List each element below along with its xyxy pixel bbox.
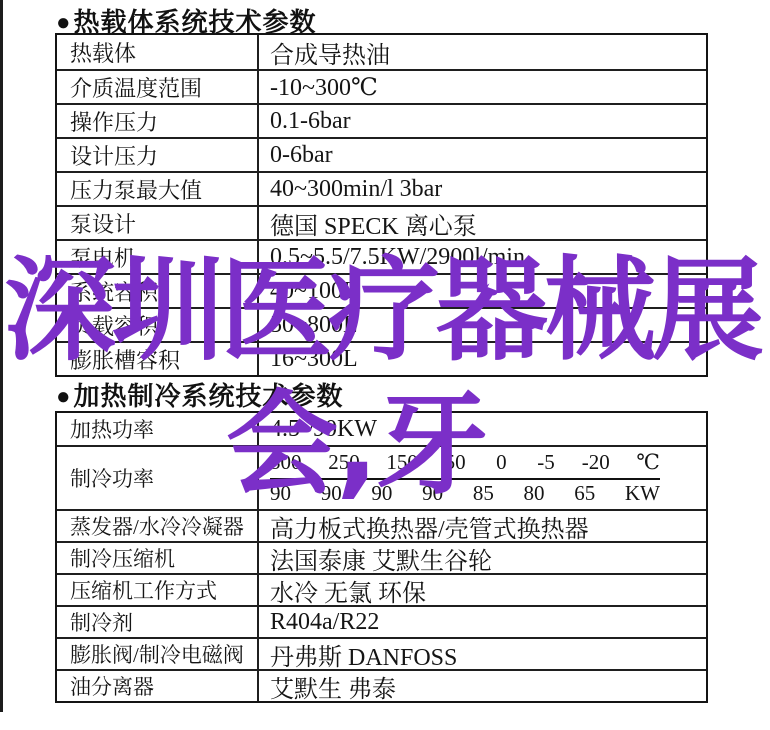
row-label: 设计压力 bbox=[57, 139, 259, 171]
scan-edge-artifact bbox=[0, 0, 3, 712]
power-value: 80 bbox=[524, 481, 545, 506]
temp-value: 300 bbox=[270, 450, 302, 475]
row-label: 泵设计 bbox=[57, 207, 259, 239]
table-row: 设计压力 0-6bar bbox=[57, 137, 706, 171]
temp-value: -5 bbox=[537, 450, 555, 475]
row-label: 油分离器 bbox=[57, 671, 259, 701]
spec-document-page: ●热载体系统技术参数 热载体 合成导热油 介质温度范围 -10~300℃ 操作压… bbox=[0, 0, 770, 730]
row-value: 0.5~5.5/7.5KW/2900l/min bbox=[259, 241, 706, 273]
row-label: 操作压力 bbox=[57, 105, 259, 137]
row-label: 泵电机 bbox=[57, 241, 259, 273]
row-value: 4.5~90KW bbox=[259, 413, 706, 445]
row-value: R404a/R22 bbox=[259, 607, 706, 637]
table-row: 系统容积 40~100L bbox=[57, 273, 706, 307]
row-label: 负载容积 bbox=[57, 309, 259, 341]
row-value: 0.1-6bar bbox=[259, 105, 706, 137]
row-value: 艾默生 弗泰 bbox=[259, 671, 706, 701]
row-value: 0-6bar bbox=[259, 139, 706, 171]
table-row: 压缩机工作方式 水冷 无氯 环保 bbox=[57, 573, 706, 605]
power-value: 90 bbox=[321, 481, 342, 506]
row-label: 制冷剂 bbox=[57, 607, 259, 637]
table-row: 泵设计 德国 SPECK 离心泵 bbox=[57, 205, 706, 239]
temp-value: 250 bbox=[328, 450, 360, 475]
row-label: 蒸发器/水冷冷凝器 bbox=[57, 511, 259, 541]
row-value: 高力板式换热器/壳管式换热器 bbox=[259, 511, 706, 541]
section-title-heat-cool: ●加热制冷系统技术参数 bbox=[56, 376, 344, 413]
row-label: 压缩机工作方式 bbox=[57, 575, 259, 605]
power-value: 90 bbox=[371, 481, 392, 506]
row-value: 40~300min/l 3bar bbox=[259, 173, 706, 205]
row-label: 热载体 bbox=[57, 35, 259, 69]
cooling-power-temperatures: 300 250 150 50 0 -5 -20 ℃ bbox=[270, 449, 660, 480]
table-row: 操作压力 0.1-6bar bbox=[57, 103, 706, 137]
table-row: 制冷压缩机 法国泰康 艾默生谷轮 bbox=[57, 541, 706, 573]
power-unit: KW bbox=[625, 481, 660, 506]
heat-carrier-spec-table: 热载体 合成导热油 介质温度范围 -10~300℃ 操作压力 0.1-6bar … bbox=[55, 33, 708, 377]
row-label: 膨胀槽容积 bbox=[57, 343, 259, 375]
table-row: 膨胀槽容积 16~300L bbox=[57, 341, 706, 375]
temp-value: 150 bbox=[386, 450, 418, 475]
row-value: 德国 SPECK 离心泵 bbox=[259, 207, 706, 239]
row-value: 丹弗斯 DANFOSS bbox=[259, 639, 706, 669]
row-value: 水冷 无氯 环保 bbox=[259, 575, 706, 605]
row-label: 压力泵最大值 bbox=[57, 173, 259, 205]
row-value: 16~300L bbox=[259, 343, 706, 375]
row-value: 40~100L bbox=[259, 275, 706, 307]
table-row: 制冷剂 R404a/R22 bbox=[57, 605, 706, 637]
table-row: 负载容积 50~800L bbox=[57, 307, 706, 341]
row-label: 制冷功率 bbox=[57, 447, 259, 509]
row-value: -10~300℃ bbox=[259, 71, 706, 103]
table-row: 蒸发器/水冷冷凝器 高力板式换热器/壳管式换热器 bbox=[57, 509, 706, 541]
temp-value: 50 bbox=[445, 450, 466, 475]
row-label: 加热功率 bbox=[57, 413, 259, 445]
row-label: 膨胀阀/制冷电磁阀 bbox=[57, 639, 259, 669]
temp-value: -20 bbox=[582, 450, 610, 475]
table-row: 压力泵最大值 40~300min/l 3bar bbox=[57, 171, 706, 205]
table-row: 油分离器 艾默生 弗泰 bbox=[57, 669, 706, 701]
row-label: 系统容积 bbox=[57, 275, 259, 307]
heat-cool-spec-table: 加热功率 4.5~90KW 制冷功率 300 250 150 50 0 -5 -… bbox=[55, 411, 708, 703]
power-value: 85 bbox=[473, 481, 494, 506]
table-row: 介质温度范围 -10~300℃ bbox=[57, 69, 706, 103]
table-row: 泵电机 0.5~5.5/7.5KW/2900l/min bbox=[57, 239, 706, 273]
row-value: 法国泰康 艾默生谷轮 bbox=[259, 543, 706, 573]
temp-unit: ℃ bbox=[636, 450, 660, 475]
section-title-text: 加热制冷系统技术参数 bbox=[74, 382, 344, 411]
cooling-power-kw-values: 90 90 90 90 85 80 65 KW bbox=[270, 480, 660, 509]
power-value: 90 bbox=[270, 481, 291, 506]
table-row: 加热功率 4.5~90KW bbox=[57, 413, 706, 445]
row-label: 介质温度范围 bbox=[57, 71, 259, 103]
row-value: 300 250 150 50 0 -5 -20 ℃ 90 90 90 90 85… bbox=[259, 447, 706, 509]
table-row: 热载体 合成导热油 bbox=[57, 35, 706, 69]
power-value: 90 bbox=[422, 481, 443, 506]
table-row-cooling-power: 制冷功率 300 250 150 50 0 -5 -20 ℃ 90 90 90 … bbox=[57, 445, 706, 509]
row-value: 合成导热油 bbox=[259, 35, 706, 69]
row-value: 50~800L bbox=[259, 309, 706, 341]
temp-value: 0 bbox=[492, 450, 510, 475]
row-label: 制冷压缩机 bbox=[57, 543, 259, 573]
power-value: 65 bbox=[574, 481, 595, 506]
table-row: 膨胀阀/制冷电磁阀 丹弗斯 DANFOSS bbox=[57, 637, 706, 669]
bullet-icon: ● bbox=[56, 384, 72, 410]
